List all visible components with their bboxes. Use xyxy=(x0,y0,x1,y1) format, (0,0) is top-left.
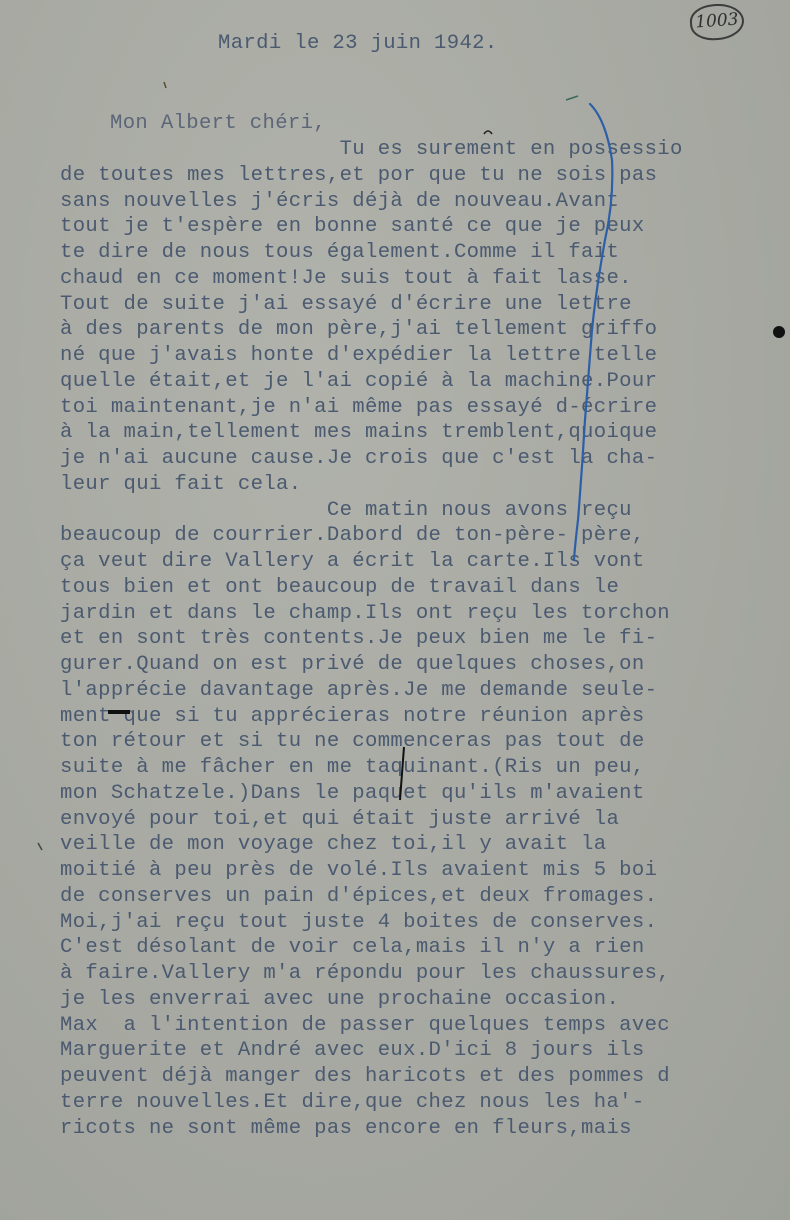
typewritten-letter-page: 1003 Mardi le 23 juin 1942. Mon Albert c… xyxy=(0,0,790,1220)
ink-blot xyxy=(773,326,785,338)
handwritten-pen-annotations xyxy=(0,0,790,1220)
